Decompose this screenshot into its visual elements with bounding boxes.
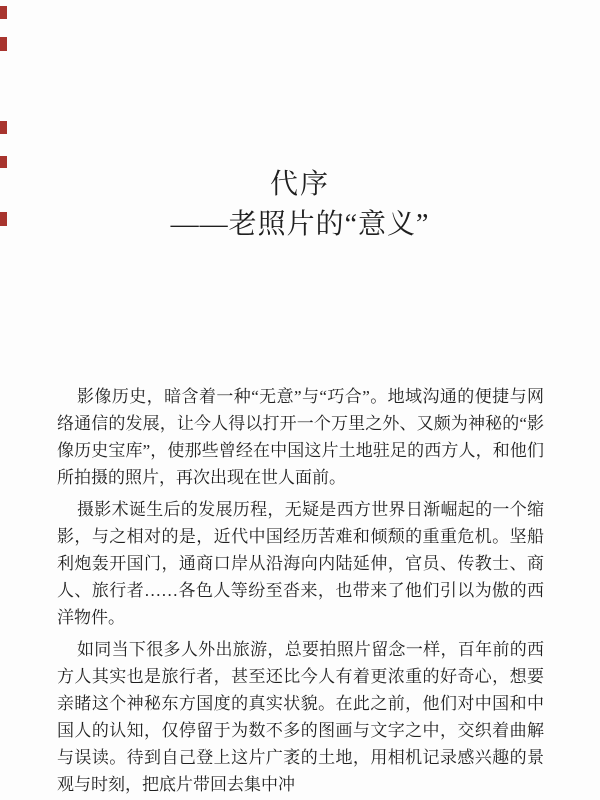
preface-subtitle: ——老照片的“意义”	[0, 208, 600, 242]
preface-title: 代序	[0, 171, 600, 199]
red-edge-mark	[0, 37, 7, 51]
paragraph-2: 摄影术诞生后的发展历程，无疑是西方世界日渐崛起的一个缩影，与之相对的是，近代中国…	[57, 496, 544, 631]
paragraph-3: 如同当下很多人外出旅游，总要拍照片留念一样，百年前的西方人其实也是旅行者，甚至还…	[57, 636, 544, 798]
paragraph-1: 影像历史，暗含着一种“无意”与“巧合”。地域沟通的便捷与网络通信的发展，让今人得…	[57, 383, 544, 491]
red-edge-mark	[0, 156, 7, 168]
preface-body: 影像历史，暗含着一种“无意”与“巧合”。地域沟通的便捷与网络通信的发展，让今人得…	[57, 383, 544, 800]
red-edge-mark	[0, 6, 7, 19]
book-page: 代序 ——老照片的“意义” 影像历史，暗含着一种“无意”与“巧合”。地域沟通的便…	[0, 0, 600, 800]
red-edge-mark	[0, 121, 7, 134]
